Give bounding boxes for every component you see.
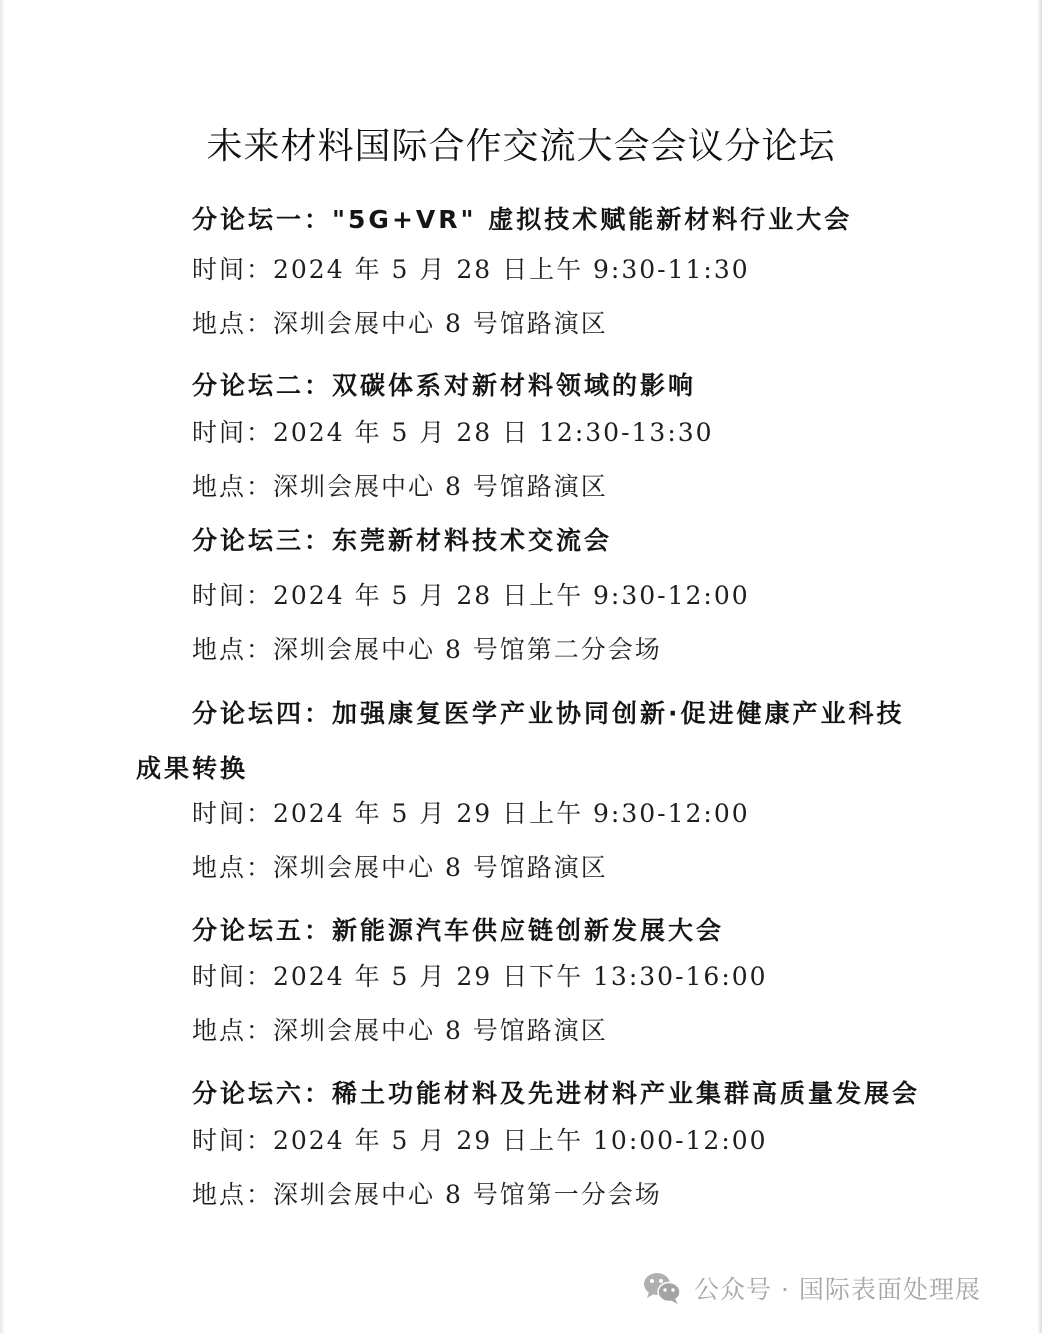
- watermark-label: 公众号 · 国际表面处理展: [694, 1270, 981, 1306]
- forum-4-heading-continued: 成果转换: [136, 749, 248, 785]
- wechat-icon: [642, 1271, 682, 1305]
- forum-1-time: 时间：2024 年 5 月 28 日上午 9:30-11:30: [192, 250, 750, 286]
- forum-6-time: 时间：2024 年 5 月 29 日上午 10:00-12:00: [192, 1121, 768, 1157]
- forum-5-location: 地点：深圳会展中心 8 号馆路演区: [192, 1011, 608, 1047]
- forum-5-time: 时间：2024 年 5 月 29 日下午 13:30-16:00: [192, 957, 768, 993]
- forum-2-heading: 分论坛二：双碳体系对新材料领域的影响: [192, 366, 696, 402]
- forum-1-location: 地点：深圳会展中心 8 号馆路演区: [192, 304, 608, 340]
- page-edge-right: [1037, 0, 1042, 1333]
- forum-6-heading: 分论坛六：稀土功能材料及先进材料产业集群高质量发展会: [192, 1074, 920, 1110]
- forum-2-location: 地点：深圳会展中心 8 号馆路演区: [192, 467, 608, 503]
- forum-3-heading: 分论坛三：东莞新材料技术交流会: [192, 521, 612, 557]
- forum-4-location: 地点：深圳会展中心 8 号馆路演区: [192, 848, 608, 884]
- forum-5-heading: 分论坛五：新能源汽车供应链创新发展大会: [192, 911, 724, 947]
- watermark-footer: 公众号 · 国际表面处理展: [642, 1270, 981, 1306]
- forum-2-time: 时间：2024 年 5 月 28 日 12:30-13:30: [192, 413, 714, 449]
- forum-3-location: 地点：深圳会展中心 8 号馆第二分会场: [192, 630, 662, 666]
- forum-4-heading: 分论坛四：加强康复医学产业协同创新·促进健康产业科技: [192, 694, 905, 730]
- page-edge-left: [0, 0, 5, 1333]
- forum-1-heading: 分论坛一："5G+VR" 虚拟技术赋能新材料行业大会: [192, 200, 852, 236]
- forum-6-location: 地点：深圳会展中心 8 号馆第一分会场: [192, 1175, 662, 1211]
- forum-3-time: 时间：2024 年 5 月 28 日上午 9:30-12:00: [192, 576, 750, 612]
- document-title: 未来材料国际合作交流大会会议分论坛: [0, 118, 1042, 169]
- forum-4-time: 时间：2024 年 5 月 29 日上午 9:30-12:00: [192, 794, 750, 830]
